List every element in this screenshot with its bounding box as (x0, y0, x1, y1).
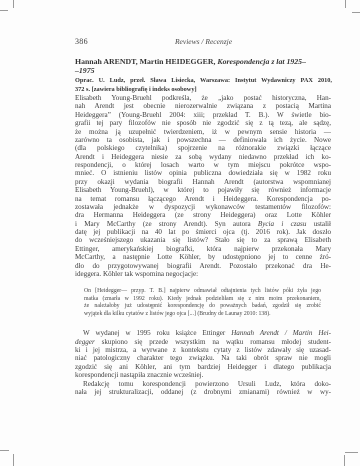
text-run: W wydanej w 1995 roku książce Ettinger (83, 329, 231, 337)
text-run: Redakcję tomu korespondencji powierzono … (83, 380, 331, 388)
text-run: wyjątek dla kilku cytatów z listów jego … (84, 311, 271, 317)
crop-mark-bottom-right-vertical (344, 455, 345, 466)
text-line: Elisabeth Young-Bruehl), w której to poj… (75, 186, 331, 194)
text-run: na temat romansu łączącego Arendt i Heid… (75, 195, 331, 203)
text-run: dra Hermanna Heideggera (ze strony Heide… (75, 211, 331, 219)
crop-mark-top-left-horizontal (0, 10, 8, 11)
text-run: Hannah ARENDT, Martin HEIDEGGER, (75, 57, 217, 66)
text-line: korespondencji nastąpiła znacznie wcześn… (75, 371, 331, 379)
text-line: On [Heidegger— przyp. T. B.] najpierw od… (84, 288, 321, 296)
text-line: 372 s. [zawiera bibliografię i indeks os… (75, 86, 332, 94)
text-line: przy okazji wydania biografii Hannah Are… (75, 178, 331, 186)
text-run: i Mary McCarthy (ze strony Arendt). Syn … (75, 220, 258, 228)
text-line: zostawała jednakże w dyspozycji wykonawc… (75, 203, 331, 211)
text-run: (dla polskiego czytelnika) spojrzenie na… (75, 144, 331, 152)
crop-mark-bottom-right-horizontal (345, 452, 358, 453)
crop-mark-bottom-left-vertical (13, 454, 14, 466)
text-run: 372 s. [zawiera bibliografię i indeks os… (75, 86, 197, 93)
text-run: ideggera. Köhler tak wspomina negocjacje… (75, 270, 198, 278)
text-line: ki i jej mistrza, a wyrwane z kontekstu … (75, 346, 331, 354)
italic-text-run: Bycia i czasu (258, 220, 306, 228)
text-line: że można ją uzupełnić twierdzeniem, iż w… (75, 128, 331, 136)
text-run: datę jej publikacji na 40 lat po śmierci… (75, 228, 331, 236)
text-line: wyjątek dla kilku cytatów z listów jego … (84, 311, 321, 319)
review-imprint: Oprac. U. Ludz, przeł. Sława Lisiecka, W… (75, 77, 332, 93)
text-run: nała jej strukturalizacji, oddanej (z dr… (75, 388, 331, 396)
text-run: że można ją uzupełnić twierdzeniem, iż w… (75, 128, 331, 136)
text-run: McCarthy, a następnie Lotte Köhler, by u… (75, 253, 331, 261)
text-line: (dla polskiego czytelnika) spojrzenie na… (75, 144, 331, 152)
text-run: respondencji, o której losach warto w ty… (75, 161, 331, 169)
text-run: niać patologiczny charakter tego związku… (75, 354, 331, 362)
italic-text-run: Hannah Arendt / Martin Hei- (231, 329, 331, 337)
text-line: na temat romansu łączącego Arendt i Heid… (75, 195, 331, 203)
text-run: Elisabeth Young-Bruehl podkreśla, że „ja… (75, 94, 331, 102)
text-line: McCarthy, a następnie Lotte Köhler, by u… (75, 253, 331, 261)
text-line: Oprac. U. Ludz, przeł. Sława Lisiecka, W… (75, 77, 332, 85)
text-run: Arendt i Heideggera niesie za sobą wydan… (75, 153, 331, 161)
text-line: Elisabeth Young-Bruehl podkreśla, że „ja… (75, 94, 331, 102)
text-line: zarówno ta osobista, jak i powszechna — … (75, 136, 331, 144)
text-run: ustalił (306, 220, 331, 228)
italic-text-run: degger (75, 338, 95, 346)
review-title: Hannah ARENDT, Martin HEIDEGGER, Korespo… (75, 57, 332, 76)
text-run: do wcześniejszego ukazania się listów? S… (75, 236, 331, 244)
text-line: ideggera. Köhler tak wspomina negocjacje… (75, 270, 331, 278)
italic-text-run: –1975 (75, 66, 95, 75)
text-run: Elisabeth Young-Bruehl), w której to poj… (75, 186, 331, 194)
text-line: niać patologiczny charakter tego związku… (75, 354, 331, 362)
text-run: On [Heidegger— przyp. T. B.] najpierw od… (84, 288, 321, 294)
text-run: zgodzić się ani Köhler, ani tym bardziej… (75, 363, 331, 371)
running-head: Reviews / Recenzje (75, 37, 332, 46)
text-line: do wcześniejszego ukazania się listów? S… (75, 236, 331, 244)
text-run: zarówno ta osobista, jak i powszechna — … (75, 136, 331, 144)
text-run: mnieć. O istnieniu listów opinia publicz… (75, 169, 331, 177)
block-quote: On [Heidegger— przyp. T. B.] najpierw od… (84, 288, 321, 318)
text-line: nah Arendt jest obecnie nierozerwalnie z… (75, 102, 331, 110)
text-line: nała jej strukturalizacji, oddanej (z dr… (75, 388, 331, 396)
text-run: korespondencji nastąpiła znacznie wcześn… (75, 371, 203, 379)
page-header: 386 Reviews / Recenzje (75, 37, 332, 47)
review-body: Elisabeth Young-Bruehl podkreśla, że „ja… (75, 94, 331, 396)
text-line: –1975 (75, 66, 332, 75)
crop-mark-top-left-vertical (13, 0, 14, 8)
text-line: grafii tej pary filozofów nie sposób nie… (75, 119, 331, 127)
text-line: że należałoby już udostępnić koresponden… (84, 303, 321, 311)
text-line: degger skupiono się przede wszystkim na … (75, 338, 331, 346)
text-run: zostawała jednakże w dyspozycji wykonawc… (75, 203, 331, 211)
crop-mark-bottom-left-horizontal (0, 450, 9, 451)
text-line: datę jej publikacji na 40 lat po śmierci… (75, 228, 331, 236)
text-run: że należałoby już udostępnić koresponden… (84, 303, 321, 309)
crop-mark-top-right-vertical (345, 0, 346, 8)
review-heading: Hannah ARENDT, Martin HEIDEGGER, Korespo… (75, 57, 332, 94)
text-line: zgodzić się ani Köhler, ani tym bardziej… (75, 363, 331, 371)
text-run: Ettinger, amerykańskiej biografki, która… (75, 245, 331, 253)
text-run: skupiono się przede wszystkim na wątku r… (95, 338, 331, 346)
paragraph-2: W wydanej w 1995 roku książce Ettinger H… (75, 329, 331, 379)
text-line: W wydanej w 1995 roku książce Ettinger H… (75, 329, 331, 337)
text-line: mnieć. O istnieniu listów opinia publicz… (75, 169, 331, 177)
italic-text-run: Korespondencja z lat 1925– (217, 57, 306, 66)
text-line: Heideggera” (Young-Bruehl 2004: xiii; pr… (75, 111, 331, 119)
text-line: Arendt i Heideggera niesie za sobą wydan… (75, 153, 331, 161)
text-line: Redakcję tomu korespondencji powierzono … (75, 380, 331, 388)
text-run: grafii tej pary filozofów nie sposób nie… (75, 119, 331, 127)
page-number: 386 (75, 37, 88, 46)
text-line: respondencji, o której losach warto w ty… (75, 161, 331, 169)
text-line: Ettinger, amerykańskiej biografki, która… (75, 245, 331, 253)
text-run: dło do przygotowywanej biografii Arendt.… (75, 262, 331, 270)
paragraph-3: Redakcję tomu korespondencji powierzono … (75, 380, 331, 397)
text-run: nah Arendt jest obecnie nierozerwalnie z… (75, 102, 331, 110)
text-line: matka (zmarła w 1992 roku). Kiedy jednak… (84, 296, 321, 304)
text-run: przy okazji wydania biografii Hannah Are… (75, 178, 331, 186)
paragraph-1: Elisabeth Young-Bruehl podkreśla, że „ja… (75, 94, 331, 278)
crop-mark-top-right-horizontal (352, 12, 360, 13)
scanned-book-page: 386 Reviews / Recenzje Hannah ARENDT, Ma… (0, 0, 360, 466)
text-line: dło do przygotowywanej biografii Arendt.… (75, 262, 331, 270)
text-line: Hannah ARENDT, Martin HEIDEGGER, Korespo… (75, 57, 332, 66)
text-line: dra Hermanna Heideggera (ze strony Heide… (75, 211, 331, 219)
text-run: ki i jej mistrza, a wyrwane z kontekstu … (75, 346, 331, 354)
text-run: Heideggera” (Young-Bruehl 2004: xiii; pr… (75, 111, 331, 119)
text-run: matka (zmarła w 1992 roku). Kiedy jednak… (84, 296, 321, 302)
text-run: Oprac. U. Ludz, przeł. Sława Lisiecka, W… (75, 77, 332, 84)
text-line: i Mary McCarthy (ze strony Arendt). Syn … (75, 220, 331, 228)
